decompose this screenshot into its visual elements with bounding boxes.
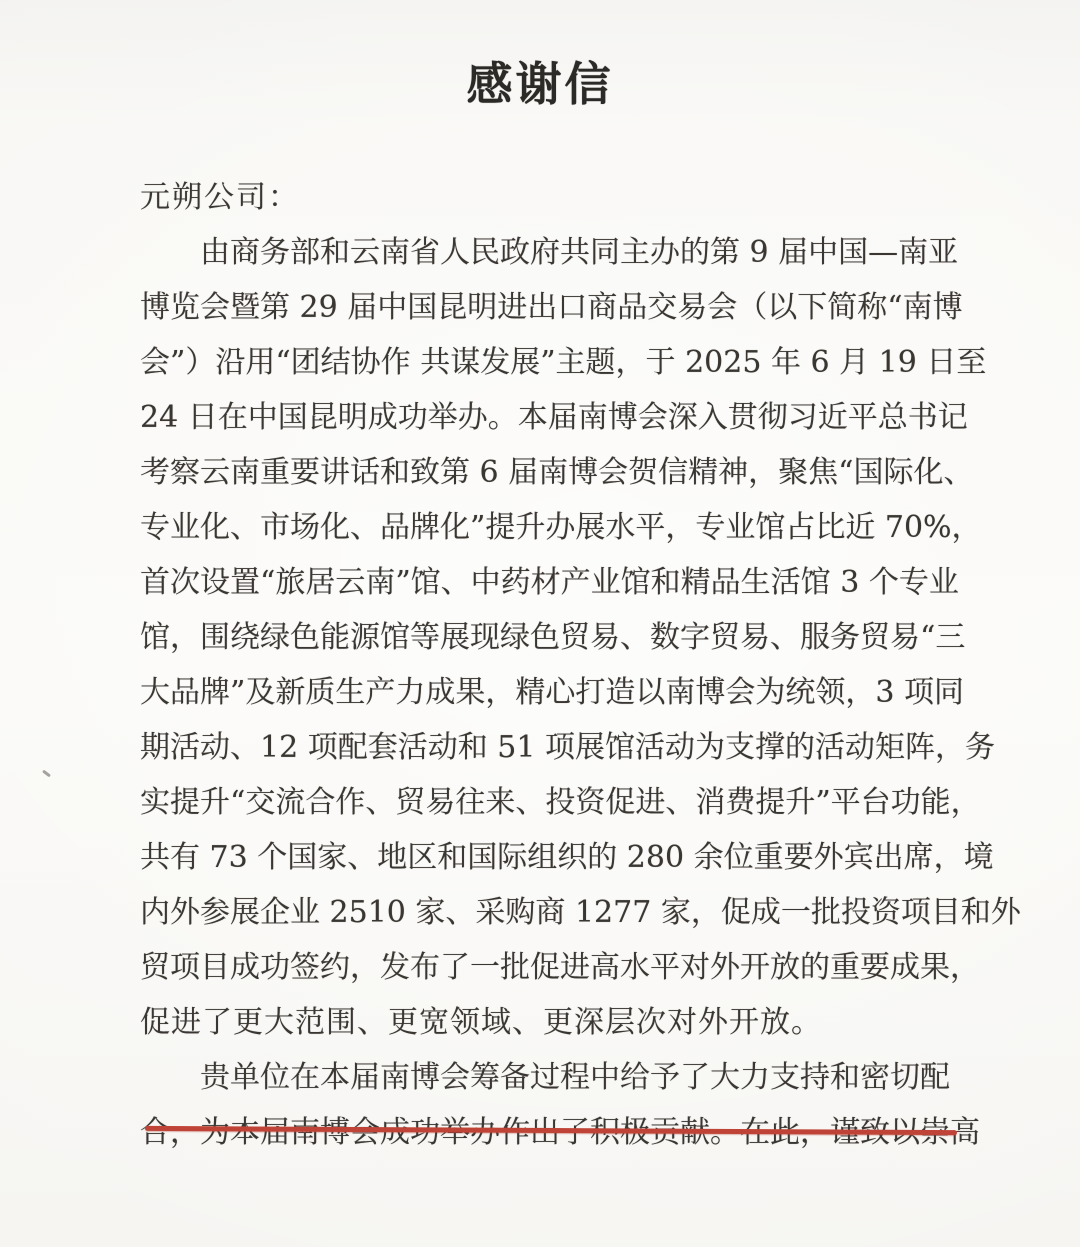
salutation: 元朔公司： (140, 170, 940, 225)
letter-title: 感谢信 (0, 48, 1080, 114)
letter-line: 内外参展企业 2510 家、采购商 1277 家，促成一批投资项目和外 (140, 885, 940, 940)
scan-speck (42, 770, 51, 778)
letter-line: 会”）沿用“团结协作 共谋发展”主题，于 2025 年 6 月 19 日至 (140, 335, 940, 390)
letter-line: 专业化、市场化、品牌化”提升办展水平，专业馆占比近 70%， (140, 500, 940, 555)
letter-line: 考察云南重要讲话和致第 6 届南博会贺信精神，聚焦“国际化、 (140, 445, 940, 500)
letter-line: 24 日在中国昆明成功举办。本届南博会深入贯彻习近平总书记 (140, 390, 940, 445)
letter-line: 实提升“交流合作、贸易往来、投资促进、消费提升”平台功能， (140, 775, 940, 830)
letter-line: 首次设置“旅居云南”馆、中药材产业馆和精品生活馆 3 个专业 (140, 555, 940, 610)
scanned-letter-page: 感谢信 元朔公司： 由商务部和云南省人民政府共同主办的第 9 届中国—南亚 博览… (0, 0, 1080, 1247)
letter-line: 期活动、12 项配套活动和 51 项展馆活动为支撑的活动矩阵，务 (140, 720, 940, 775)
letter-body: 元朔公司： 由商务部和云南省人民政府共同主办的第 9 届中国—南亚 博览会暨第 … (140, 170, 940, 1160)
letter-line: 大品牌”及新质生产力成果，精心打造以南博会为统领，3 项同 (140, 665, 940, 720)
letter-line: 贵单位在本届南博会筹备过程中给予了大力支持和密切配 (140, 1050, 940, 1105)
letter-line: 促进了更大范围、更宽领域、更深层次对外开放。 (140, 995, 940, 1050)
letter-line: 共有 73 个国家、地区和国际组织的 280 余位重要外宾出席，境 (140, 830, 940, 885)
letter-line: 博览会暨第 29 届中国昆明进出口商品交易会（以下简称“南博 (140, 280, 940, 335)
letter-line: 由商务部和云南省人民政府共同主办的第 9 届中国—南亚 (140, 225, 940, 280)
letter-line: 贸项目成功签约，发布了一批促进高水平对外开放的重要成果， (140, 940, 940, 995)
letter-line: 馆，围绕绿色能源馆等展现绿色贸易、数字贸易、服务贸易“三 (140, 610, 940, 665)
